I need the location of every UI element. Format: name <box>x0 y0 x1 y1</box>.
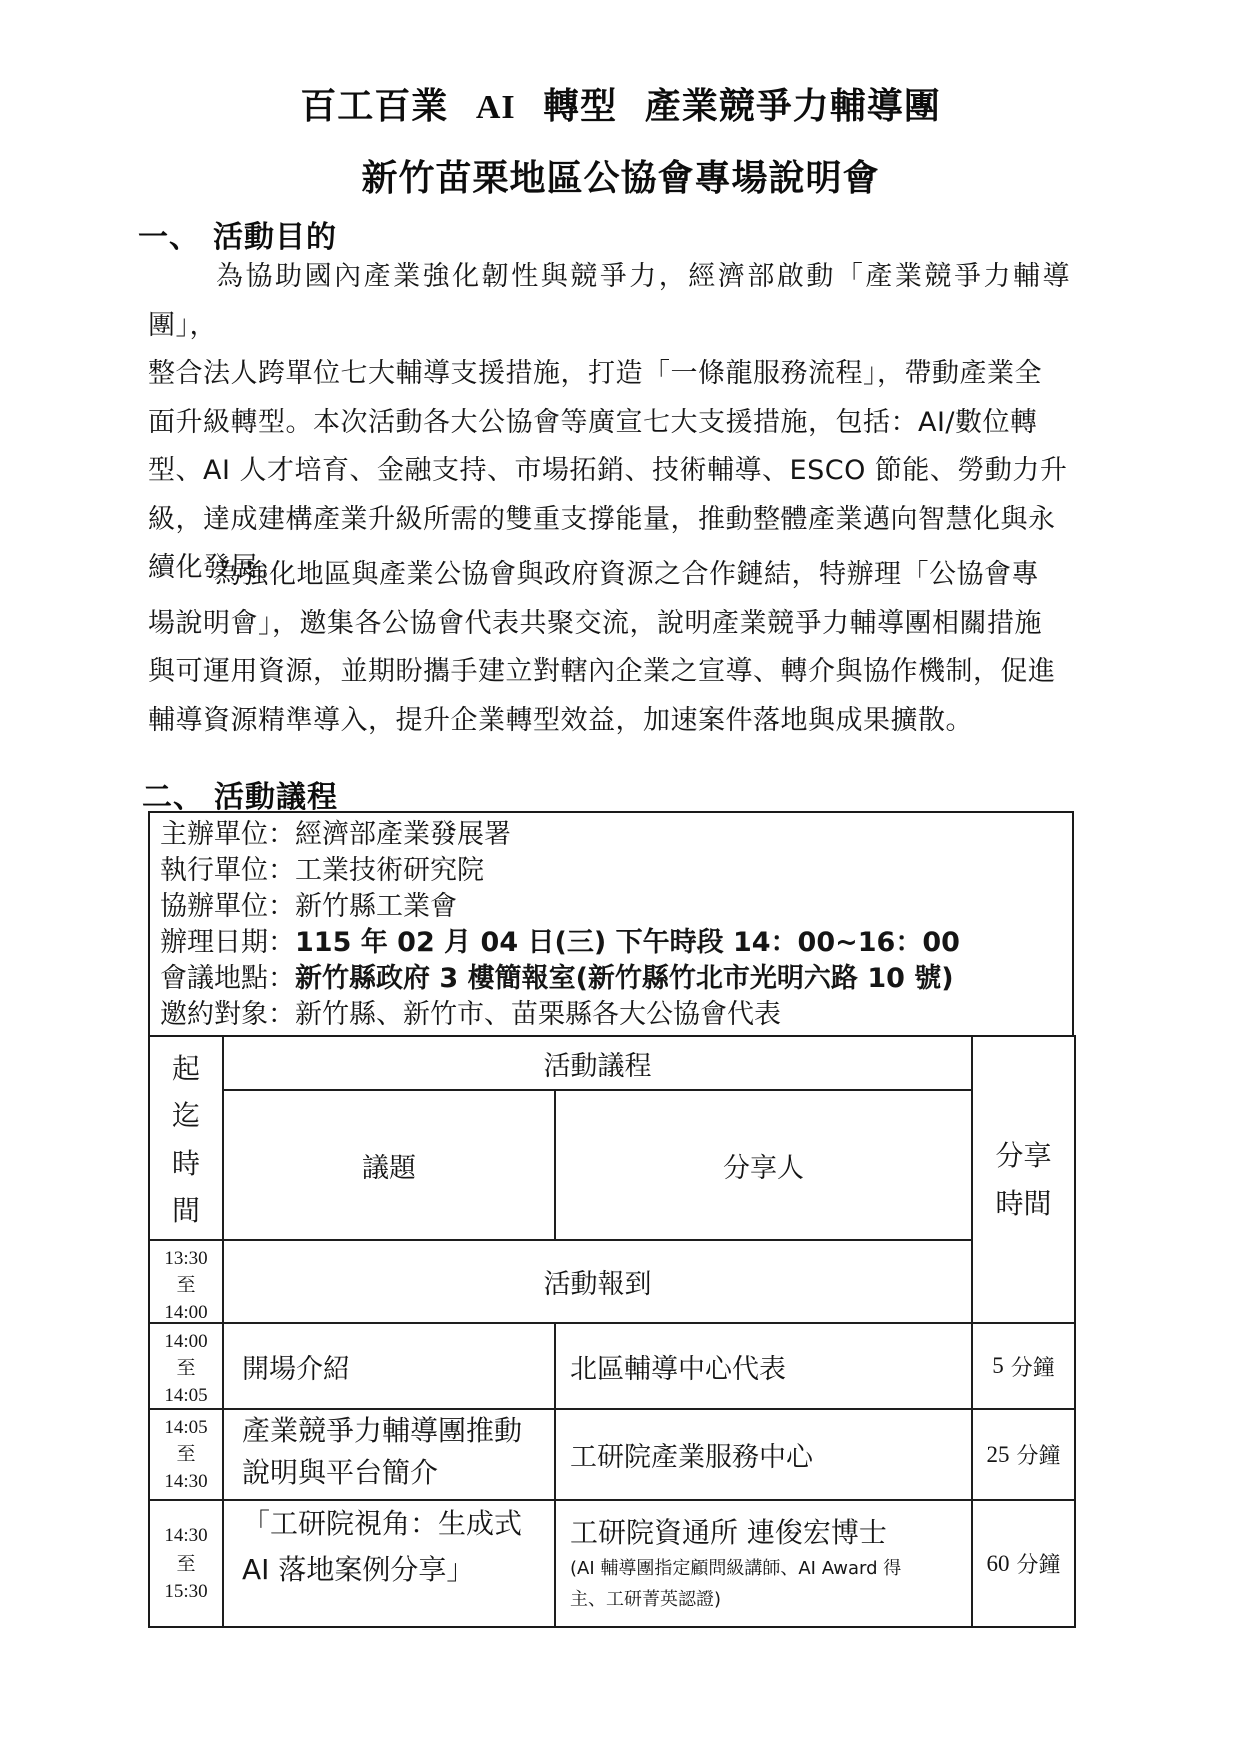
header-agenda: 活動議程 <box>224 1037 971 1089</box>
section2-number: 二、 <box>142 772 214 816</box>
row-topic: 開場介紹 <box>224 1324 554 1408</box>
header-time: 起 迄 時 間 <box>150 1037 222 1239</box>
row-time: 14:00 至 14:05 <box>150 1324 222 1408</box>
section1-paragraph1: 為協助國內產業強化韌性與競爭力，經濟部啟動「產業競爭力輔導團」， 整合法人跨單位… <box>148 253 1070 593</box>
row-time: 14:05 至 14:30 <box>150 1410 222 1499</box>
section2-title: 活動議程 <box>214 780 338 815</box>
speaker-name: 工研院資通所 連俊宏博士 <box>570 1513 887 1553</box>
para1-line: 級，達成建構產業升級所需的雙重支撐能量，推動整體產業邁向智慧化與永 <box>148 496 1070 545</box>
row-duration: 60 分鐘 <box>973 1501 1074 1626</box>
para1-line: 為協助國內產業強化韌性與競爭力，經濟部啟動「產業競爭力輔導團」， <box>148 253 1070 350</box>
row-time: 14:30 至 15:30 <box>150 1501 222 1626</box>
info-row-organizer: 主辦單位：經濟部產業發展署 <box>160 817 1072 853</box>
row-duration: 5 分鐘 <box>973 1324 1074 1408</box>
document-title-line2: 新竹苗栗地區公協會專場說明會 <box>0 150 1241 201</box>
title-part3: 轉型 <box>543 86 617 127</box>
row-checkin: 活動報到 <box>224 1241 971 1322</box>
event-info-box: 主辦單位：經濟部產業發展署 執行單位：工業技術研究院 協辦單位：新竹縣工業會 辦… <box>148 811 1074 1035</box>
speaker-note: 主、工研菁英認證) <box>570 1584 721 1615</box>
info-row-executor: 執行單位：工業技術研究院 <box>160 853 1072 889</box>
para1-line: 整合法人跨單位七大輔導支援措施，打造「一條龍服務流程」，帶動產業全 <box>148 350 1070 399</box>
info-row-audience: 邀約對象：新竹縣、新竹市、苗栗縣各大公協會代表 <box>160 997 1072 1033</box>
para1-line: 型、AI 人才培育、金融支持、市場拓銷、技術輔導、ESCO 節能、勞動力升 <box>148 447 1070 496</box>
row-speaker: 北區輔導中心代表 <box>556 1324 971 1408</box>
header-speaker: 分享人 <box>556 1091 971 1239</box>
section1-title: 活動目的 <box>213 220 337 255</box>
para2-line: 輔導資源精準導入，提升企業轉型效益，加速案件落地與成果擴散。 <box>148 697 1070 746</box>
section2-heading: 二、活動議程 <box>142 772 338 816</box>
title-part2: AI <box>476 89 516 126</box>
section1-heading: 一、活動目的 <box>138 212 337 256</box>
info-row-co-organizer: 協辦單位：新竹縣工業會 <box>160 889 1072 925</box>
section1-paragraph2: 為強化地區與產業公協會與政府資源之合作鏈結，特辦理「公協會專 場說明會」，邀集各… <box>148 551 1070 745</box>
row-time: 13:30 至 14:00 <box>150 1241 222 1322</box>
header-duration: 分享 時間 <box>973 1037 1074 1322</box>
header-topic: 議題 <box>224 1091 554 1239</box>
section1-number: 一、 <box>138 212 213 256</box>
info-row-date: 辦理日期：115 年 02 月 04 日(三) 下午時段 14：00~16：00 <box>160 925 1072 961</box>
row-duration: 25 分鐘 <box>973 1410 1074 1499</box>
row-speaker: 工研院資通所 連俊宏博士 (AI 輔導團指定顧問級講師、AI Award 得 主… <box>556 1501 971 1626</box>
document-title-line1: 百工百業 AI 轉型 產業競爭力輔導團 <box>0 78 1241 129</box>
para2-line: 場說明會」，邀集各公協會代表共聚交流，說明產業競爭力輔導團相關措施 <box>148 600 1070 649</box>
para2-line: 與可運用資源，並期盼攜手建立對轄內企業之宣導、轉介與協作機制，促進 <box>148 648 1070 697</box>
info-row-venue: 會議地點：新竹縣政府 3 樓簡報室(新竹縣竹北市光明六路 10 號) <box>160 961 1072 997</box>
speaker-note: (AI 輔導團指定顧問級講師、AI Award 得 <box>570 1553 901 1584</box>
row-speaker: 工研院產業服務中心 <box>556 1410 971 1499</box>
row-topic: 「工研院視角：生成式 AI 落地案例分享」 <box>224 1501 554 1626</box>
title-part1: 百工百業 <box>300 86 448 127</box>
para2-line: 為強化地區與產業公協會與政府資源之合作鏈結，特辦理「公協會專 <box>148 551 1070 600</box>
para1-line: 面升級轉型。本次活動各大公協會等廣宣七大支援措施，包括：AI/數位轉 <box>148 399 1070 448</box>
title-part4: 產業競爭力輔導團 <box>645 86 941 127</box>
agenda-table: 起 迄 時 間 活動議程 議題 分享人 分享 時間 13:30 至 14:00 … <box>148 1035 1076 1628</box>
row-topic: 產業競爭力輔導團推動 說明與平台簡介 <box>224 1410 554 1499</box>
